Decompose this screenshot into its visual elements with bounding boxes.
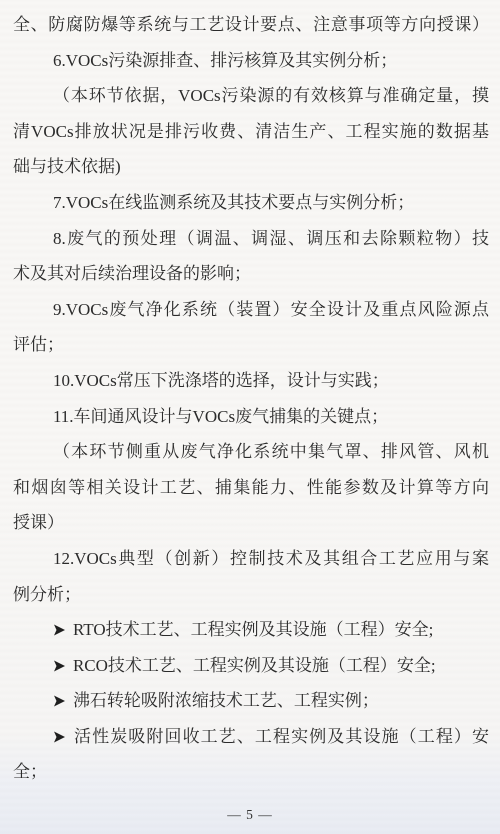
arrow-bullet-icon <box>53 660 66 672</box>
page-number: — 5 — <box>0 807 500 823</box>
text-line: 8.废气的预处理（调温、调湿、调压和去除颗粒物）技 <box>13 221 489 257</box>
text-line: 全； <box>13 754 489 790</box>
arrow-bullet-icon <box>53 695 66 707</box>
text-line: 和烟囱等相关设计工艺、捕集能力、性能参数及计算等方向 <box>13 470 489 506</box>
text-line: 7.VOCs在线监测系统及其技术要点与实例分析； <box>13 185 489 221</box>
text-line: （本环节依据，VOCs污染源的有效核算与准确定量，摸 <box>13 78 489 114</box>
text-line: 授课） <box>13 505 489 541</box>
text-line: 术及其对后续治理设备的影响； <box>13 256 489 292</box>
text-line: 础与技术依据) <box>13 149 489 185</box>
text-line: 清VOCs排放状况是排污收费、清洁生产、工程实施的数据基 <box>13 114 489 150</box>
text-line: 11.车间通风设计与VOCs废气捕集的关键点； <box>13 399 489 435</box>
bullet-list-item: 沸石转轮吸附浓缩技术工艺、工程实例； <box>13 683 489 719</box>
bullet-item-text: 沸石转轮吸附浓缩技术工艺、工程实例； <box>73 691 379 710</box>
text-line: 评估； <box>13 327 489 363</box>
text-line: 全、防腐防爆等系统与工艺设计要点、注意事项等方向授课） <box>13 7 489 43</box>
arrow-bullet-icon <box>53 624 66 636</box>
bullet-list-item: RTO技术工艺、工程实例及其设施（工程）安全; <box>13 612 489 648</box>
bullet-list-item: 活性炭吸附回收工艺、工程实例及其设施（工程）安 <box>13 719 489 755</box>
bullet-list-item: RCO技术工艺、工程实例及其设施（工程）安全; <box>13 648 489 684</box>
bullet-item-text: RCO技术工艺、工程实例及其设施（工程）安全; <box>73 656 436 675</box>
bullet-item-text: 活性炭吸附回收工艺、工程实例及其设施（工程）安 <box>73 727 489 746</box>
text-line: 9.VOCs废气净化系统（装置）安全设计及重点风险源点 <box>13 292 489 328</box>
text-line: 10.VOCs常压下洗涤塔的选择，设计与实践； <box>13 363 489 399</box>
document-page: 全、防腐防爆等系统与工艺设计要点、注意事项等方向授课） 6.VOCs污染源排查、… <box>0 0 500 834</box>
arrow-bullet-icon <box>53 731 66 743</box>
text-line: （本环节侧重从废气净化系统中集气罩、排风管、风机 <box>13 434 489 470</box>
document-body: 全、防腐防爆等系统与工艺设计要点、注意事项等方向授课） 6.VOCs污染源排查、… <box>13 7 489 790</box>
text-line: 12.VOCs典型（创新）控制技术及其组合工艺应用与案 <box>13 541 489 577</box>
text-line: 例分析； <box>13 577 489 613</box>
bullet-item-text: RTO技术工艺、工程实例及其设施（工程）安全; <box>73 620 433 639</box>
text-line: 6.VOCs污染源排查、排污核算及其实例分析； <box>13 43 489 79</box>
